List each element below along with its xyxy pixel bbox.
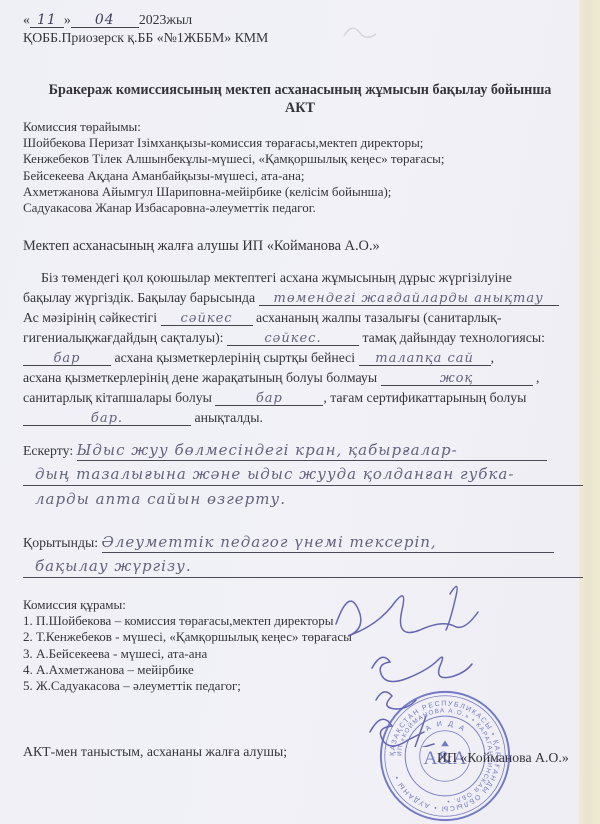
date-close-quote: » <box>64 12 71 27</box>
body-text: тамақ дайындау технологиясы: <box>362 330 545 345</box>
title-line-1: Бракераж комиссиясының мектеп асханасыны… <box>20 82 580 100</box>
fill-in-sanitary-books: бар <box>256 391 283 406</box>
note-handwritten-line: Ыдыс жуу бөлмесіндегі кран, қабырғалар- <box>77 441 458 459</box>
renter-line: Мектеп асханасының жалға алушы ИП «Койма… <box>23 236 380 256</box>
scanner-edge-strip <box>579 0 600 824</box>
note-handwritten-line: ларды апта сайын өзгерту. <box>35 490 286 508</box>
org-line: ҚОББ.Приозерск қ.ББ «№1ЖББМ» КММ <box>23 28 268 48</box>
chair-member: Садуакасова Жанар Избасаровна-әлеуметтік… <box>23 200 445 216</box>
date-open-quote: « <box>23 12 30 27</box>
stamp-inner-ring-text: А И Д А <box>424 719 468 734</box>
body-line: Ас мәзірінің сәйкестігі сәйкес асхананың… <box>23 308 579 328</box>
body-text: бақылау жүргіздік. Бақылау барысында <box>23 290 255 305</box>
composition-item: 4. А.Ахметжанова – мейірбике <box>23 662 352 678</box>
footer-right: ИП «Койманова А.О.» <box>437 748 569 768</box>
body-text: асхана қызметкерлерінің дене жарақатының… <box>23 370 377 385</box>
date-line: «11»042023жыл <box>23 10 192 30</box>
date-month-handwritten: 04 <box>95 12 115 28</box>
chair-member: Шойбекова Перизат Ізімханқызы-комиссия т… <box>23 135 445 151</box>
chair-member: Бейсекеева Ақдана Аманбайқызы-мүшесі, ат… <box>23 168 445 184</box>
conclusion-label: Қорытынды: <box>23 535 98 550</box>
fill-in-certificates: бар. <box>91 411 123 426</box>
conclusion-handwritten-line: бақылау жүргізу. <box>35 557 192 575</box>
body-text: гигениалықжағдайдың сақталуы): <box>23 330 224 345</box>
note-label: Ескерту: <box>23 443 73 458</box>
body-line: Біз төмендегі қол қоюшылар мектептегі ас… <box>23 268 579 288</box>
body-line: асхана қызметкерлерінің дене жарақатының… <box>23 368 579 388</box>
chair-member: Ахметжанова Айымгул Шариповна-мейірбике … <box>23 184 445 200</box>
fill-in-injury: жоқ <box>440 371 473 386</box>
date-year: 2023жыл <box>139 12 192 27</box>
date-day-handwritten: 11 <box>37 12 57 28</box>
fill-in-menu: сәйкес <box>180 311 232 326</box>
note-section: Ескерту: Ыдыс жуу бөлмесіндегі кран, қаб… <box>23 440 579 509</box>
body-text: асхана қызметкерлерінің сыртқы бейнесі <box>114 350 355 365</box>
body-text: , <box>491 350 494 365</box>
composition-item: 3. А.Бейсекеева - мүшесі, ата-ана <box>23 646 352 662</box>
body-line: бар асхана қызметкерлерінің сыртқы бейне… <box>23 348 579 368</box>
body-text: санитарлық кітапшалары болуы <box>23 390 212 405</box>
body-line: санитарлық кітапшалары болуы бар, тағам … <box>23 388 579 408</box>
chair-member: Кенжебеков Тілек Алшынбекұлы-мүшесі, «Қа… <box>23 151 445 167</box>
body-line: гигениалықжағдайдың сақталуы): сәйкес. т… <box>23 328 579 348</box>
fill-in-cleanliness: сәйкес. <box>264 331 321 346</box>
pencil-mark <box>340 20 380 44</box>
body-text: анықталды. <box>194 410 263 425</box>
scanned-document-page: «11»042023жыл ҚОББ.Приозерск қ.ББ «№1ЖББ… <box>0 0 600 824</box>
composition-item: 5. Ж.Садуакасова – әлеуметтік педагог; <box>23 678 352 694</box>
composition-item: 1. П.Шойбекова – комиссия төрағасы,мекте… <box>23 613 352 629</box>
fill-in-technology: бар <box>53 351 80 366</box>
body-text: , тағам сертификаттарының болуы <box>323 390 526 405</box>
document-title: Бракераж комиссиясының мектеп асханасыны… <box>20 82 580 117</box>
title-line-2: АКТ <box>20 100 580 118</box>
stamp-triangle-icon <box>441 740 449 746</box>
chair-heading: Комиссия төрайымы: <box>23 119 445 135</box>
chair-section: Комиссия төрайымы: Шойбекова Перизат Ізі… <box>23 119 445 216</box>
note-handwritten-line: дың тазалығына және ыдыс жууда қолданған… <box>35 465 514 483</box>
fill-in-inspection: төмендегі жағдайларды анықтау <box>274 291 544 306</box>
svg-text:А И Д А: А И Д А <box>424 719 468 734</box>
body-text: Ас мәзірінің сәйкестігі <box>23 310 157 325</box>
footer-left: АКТ-мен таныстым, асхананы жалға алушы; <box>23 742 287 762</box>
composition-item: 2. Т.Кенжебеков - мүшесі, «Қамқоршылық к… <box>23 629 352 645</box>
body-text: асхананың жалпы тазалығы (санитарлық- <box>256 310 501 325</box>
fill-in-appearance: талапқа сай <box>375 351 474 366</box>
conclusion-handwritten-line: Әлеуметтік педагог үнемі тексеріп, <box>102 533 437 551</box>
composition-heading: Комиссия құрамы: <box>23 597 352 613</box>
body-text: , <box>536 370 539 385</box>
composition-section: Комиссия құрамы: 1. П.Шойбекова – комисс… <box>23 597 352 694</box>
body-line: бар. анықталды. <box>23 408 579 428</box>
body-paragraph: Біз төмендегі қол қоюшылар мектептегі ас… <box>23 268 579 428</box>
body-line: бақылау жүргіздік. Бақылау барысында төм… <box>23 288 579 308</box>
